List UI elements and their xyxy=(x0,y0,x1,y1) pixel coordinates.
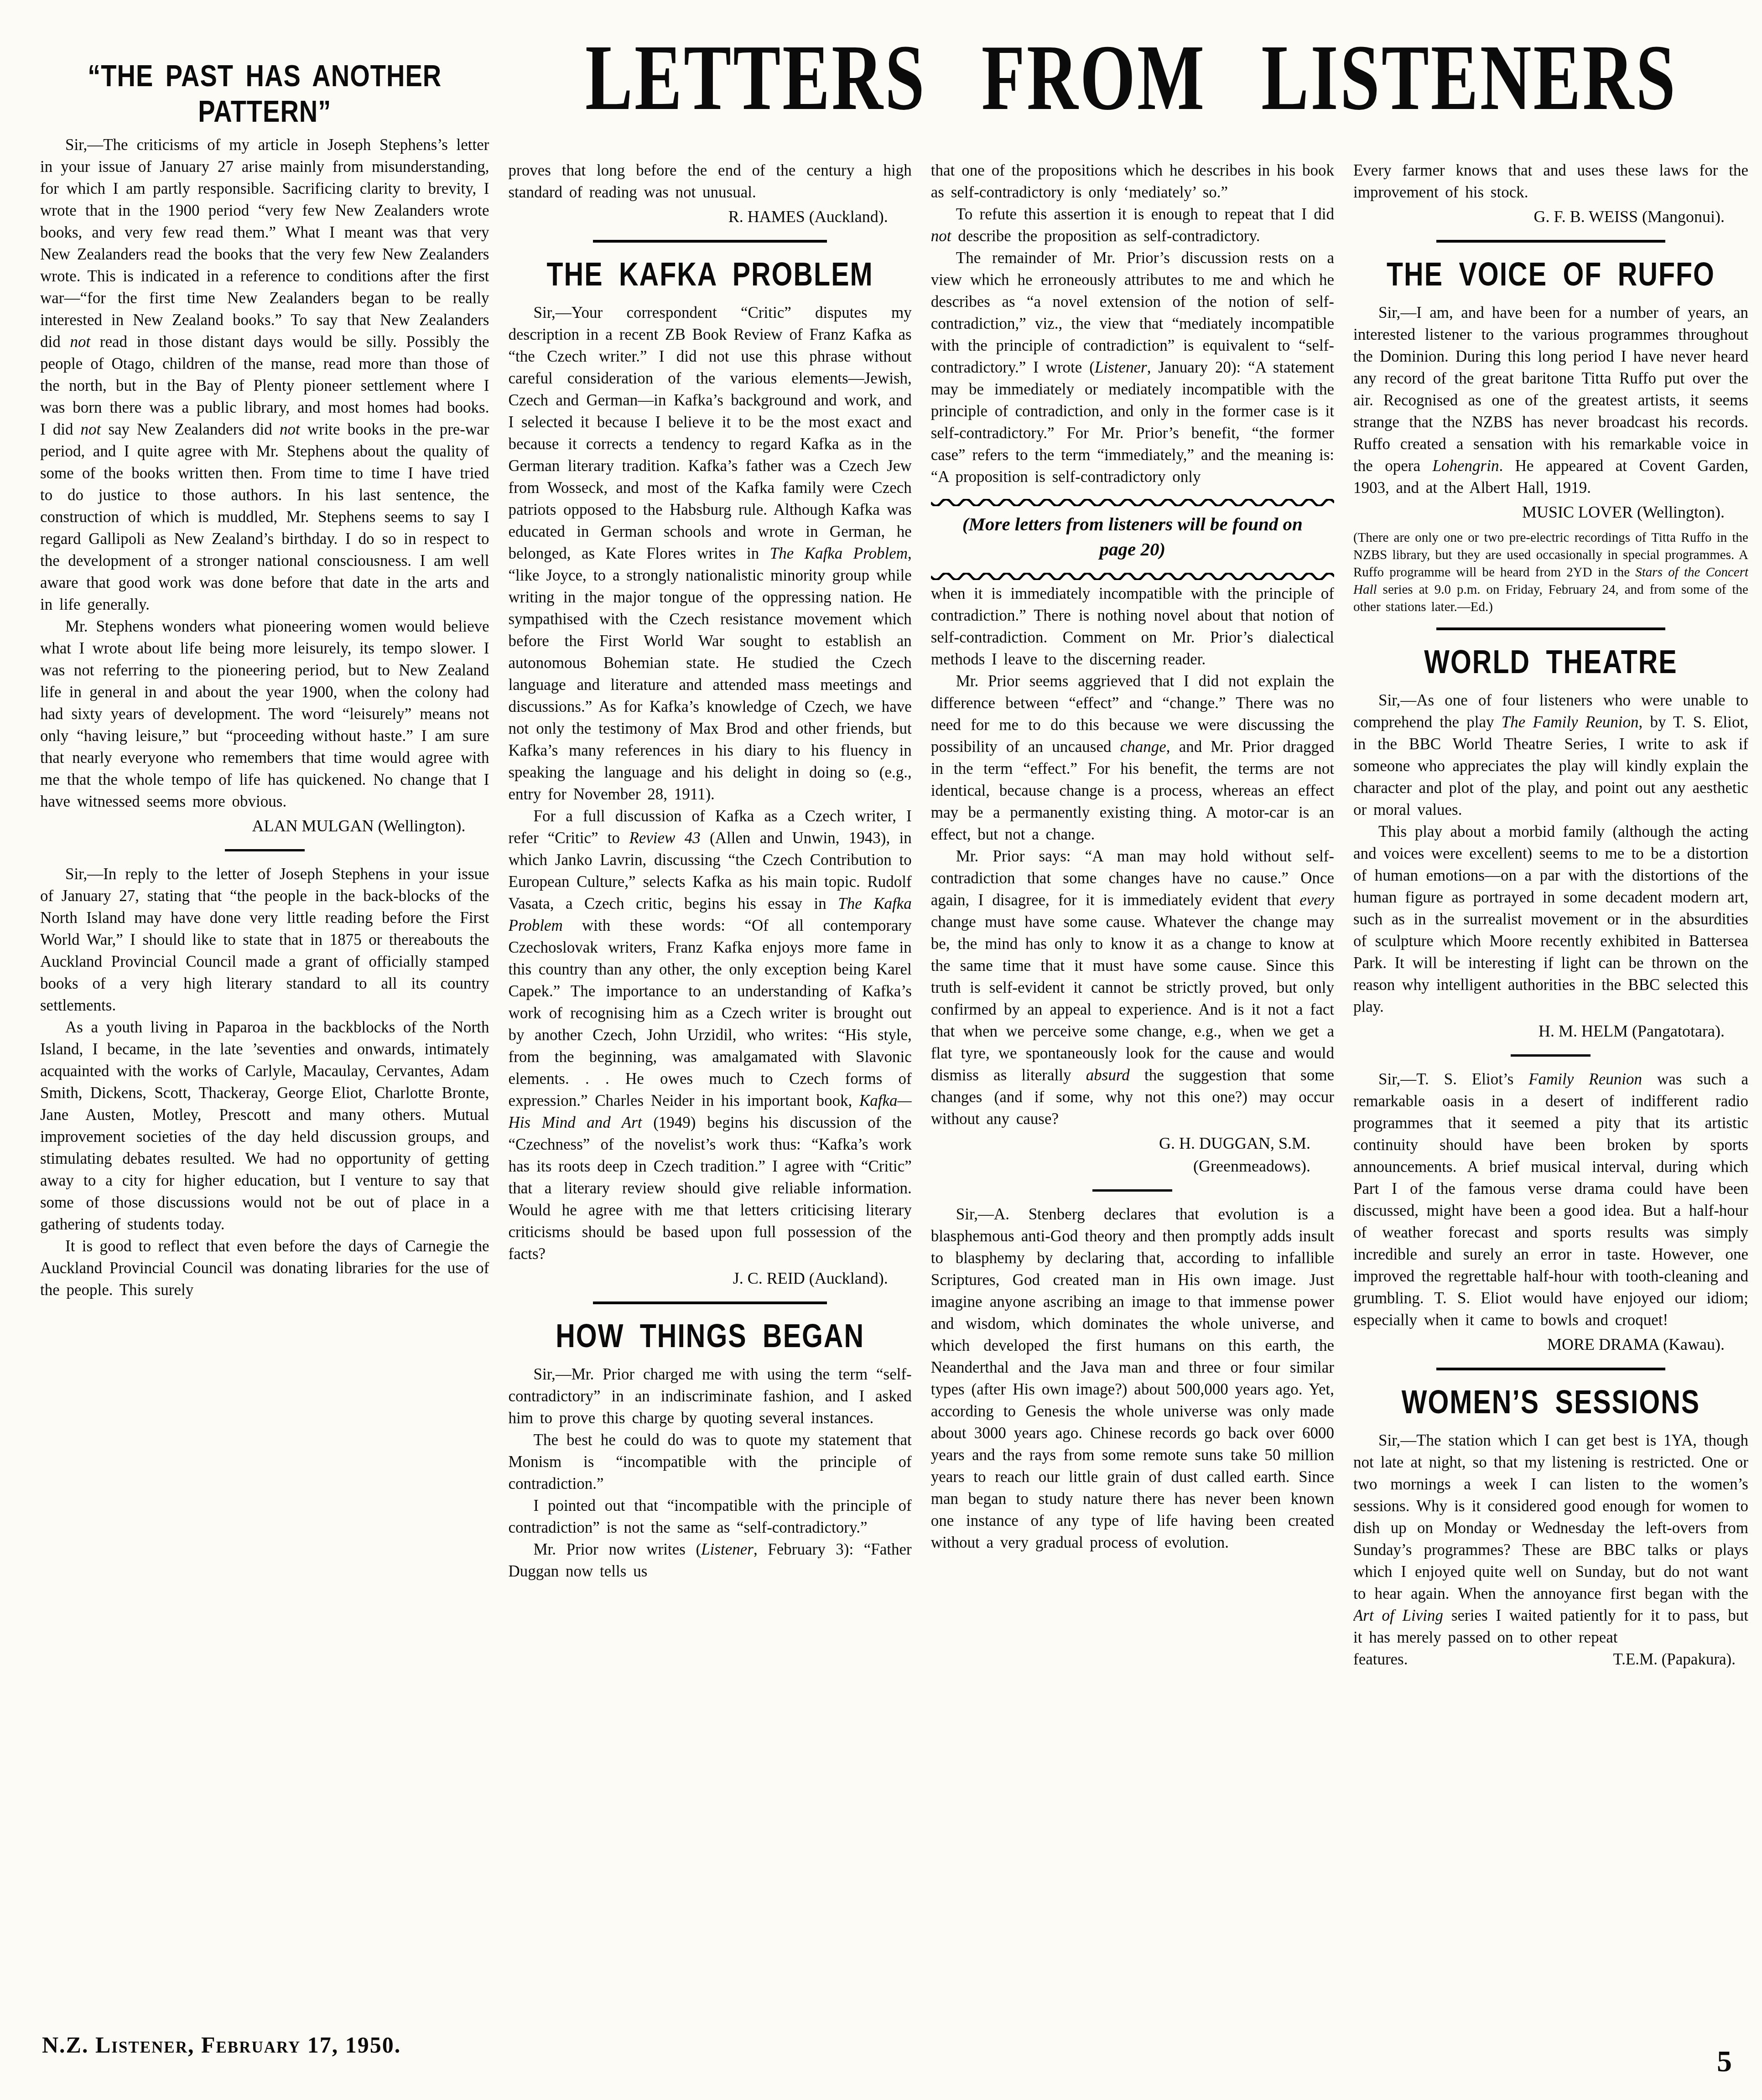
paragraph: To refute this assertion it is enough to… xyxy=(931,203,1334,247)
paragraph: Every farmer knows that and uses these l… xyxy=(1353,160,1748,203)
wavy-rule-line xyxy=(931,499,1334,506)
headline-line: PATTERN” xyxy=(43,94,487,130)
column-2: proves that long before the end of the c… xyxy=(509,42,912,2025)
footer-issue: N.Z. Listener, February 17, 1950. xyxy=(42,2032,401,2058)
divider-rule xyxy=(1436,627,1665,630)
signature: G. F. B. WEISS (Mangonui). xyxy=(1353,205,1748,228)
signature: H. M. HELM (Pangatotara). xyxy=(1353,1020,1748,1042)
newspaper-page: LETTERS FROM LISTENERS “THE PAST HAS ANO… xyxy=(0,0,1762,2100)
paragraph: proves that long before the end of the c… xyxy=(509,160,912,203)
divider-rule xyxy=(1436,240,1665,243)
signature-line: H. M. HELM (Pangatotara). xyxy=(1353,1020,1725,1042)
section-heading: WOMEN’S SESSIONS xyxy=(1353,1384,1748,1421)
wavy-rule xyxy=(931,573,1334,580)
letter-headline: “THE PAST HAS ANOTHERPATTERN” xyxy=(43,58,487,130)
column-1: “THE PAST HAS ANOTHERPATTERN”Sir,—The cr… xyxy=(40,42,489,2025)
section-heading: HOW THINGS BEGAN xyxy=(509,1317,912,1355)
paragraph: Mr. Prior seems aggrieved that I did not… xyxy=(931,670,1334,845)
signature: MUSIC LOVER (Wellington). xyxy=(1353,501,1748,524)
divider-rule xyxy=(1436,1368,1665,1370)
section-heading: WORLD THEATRE xyxy=(1353,643,1748,681)
divider-rule xyxy=(593,1301,827,1304)
divider-rule xyxy=(1092,1189,1172,1192)
signature-line: MUSIC LOVER (Wellington). xyxy=(1353,501,1725,524)
paragraph: The best he could do was to quote my sta… xyxy=(509,1429,912,1495)
divider-rule xyxy=(593,240,827,243)
paragraph: Sir,—The station which I can get best is… xyxy=(1353,1430,1748,1649)
columns-container: “THE PAST HAS ANOTHERPATTERN”Sir,—The cr… xyxy=(40,42,1748,2025)
signature-line: ALAN MULGAN (Wellington). xyxy=(40,814,466,837)
signature: ALAN MULGAN (Wellington). xyxy=(40,814,489,837)
headline-line: “THE PAST HAS ANOTHER xyxy=(43,58,487,94)
paragraph: that one of the propositions which he de… xyxy=(931,160,1334,203)
more-letters-note: (More letters from listeners will be fou… xyxy=(949,512,1316,562)
paragraph: For a full discussion of Kafka as a Czec… xyxy=(509,805,912,1265)
signature-line: MORE DRAMA (Kawau). xyxy=(1353,1333,1725,1356)
divider-rule xyxy=(1511,1054,1590,1057)
paragraph: Mr. Prior now writes (Listener, February… xyxy=(509,1539,912,1582)
column-4: Every farmer knows that and uses these l… xyxy=(1353,42,1748,2025)
paragraph: The remainder of Mr. Prior’s discussion … xyxy=(931,247,1334,488)
signature: T.E.M. (Papakura). xyxy=(1613,1649,1736,1670)
paragraph: I pointed out that “incompatible with th… xyxy=(509,1495,912,1539)
paragraph-tail: features. xyxy=(1353,1649,1408,1670)
wavy-rule-line xyxy=(931,573,1334,580)
signature-line: (Greenmeadows). xyxy=(931,1155,1310,1177)
signature: R. HAMES (Auckland). xyxy=(509,205,912,228)
column-3: that one of the propositions which he de… xyxy=(931,42,1334,2025)
page-number: 5 xyxy=(1717,2044,1732,2079)
signature-line: R. HAMES (Auckland). xyxy=(509,205,888,228)
signature-line: G. H. DUGGAN, S.M. xyxy=(931,1132,1310,1155)
divider-rule xyxy=(225,849,305,851)
paragraph: Sir,—Your correspondent “Critic” dispute… xyxy=(509,302,912,805)
signature-line-row: features.T.E.M. (Papakura). xyxy=(1353,1649,1748,1670)
paragraph: Sir,—The criticisms of my article in Jos… xyxy=(40,134,489,616)
paragraph: Sir,—T. S. Eliot’s Family Reunion was su… xyxy=(1353,1068,1748,1331)
paragraph: It is good to reflect that even before t… xyxy=(40,1235,489,1301)
paragraph: Sir,—A. Stenberg declares that evolution… xyxy=(931,1203,1334,1554)
wavy-rule xyxy=(931,499,1334,506)
paragraph: Mr. Prior says: “A man may hold without … xyxy=(931,845,1334,1130)
paragraph: Sir,—Mr. Prior charged me with using the… xyxy=(509,1364,912,1429)
signature-line: J. C. REID (Auckland). xyxy=(509,1267,888,1290)
paragraph: Sir,—In reply to the letter of Joseph St… xyxy=(40,863,489,1016)
signature: G. H. DUGGAN, S.M.(Greenmeadows). xyxy=(931,1132,1334,1177)
paragraph: This play about a morbid family (althoug… xyxy=(1353,821,1748,1018)
paragraph: when it is immediately incompatible with… xyxy=(931,583,1334,670)
editor-note: (There are only one or two pre-electric … xyxy=(1353,529,1748,616)
signature-line: G. F. B. WEISS (Mangonui). xyxy=(1353,205,1725,228)
paragraph: Sir,—I am, and have been for a number of… xyxy=(1353,302,1748,499)
section-heading: THE VOICE OF RUFFO xyxy=(1353,256,1748,294)
paragraph: Mr. Stephens wonders what pioneering wom… xyxy=(40,616,489,813)
signature: MORE DRAMA (Kawau). xyxy=(1353,1333,1748,1356)
signature: J. C. REID (Auckland). xyxy=(509,1267,912,1290)
paragraph: As a youth living in Paparoa in the back… xyxy=(40,1016,489,1235)
section-heading: THE KAFKA PROBLEM xyxy=(509,256,912,294)
paragraph: Sir,—As one of four listeners who were u… xyxy=(1353,690,1748,821)
